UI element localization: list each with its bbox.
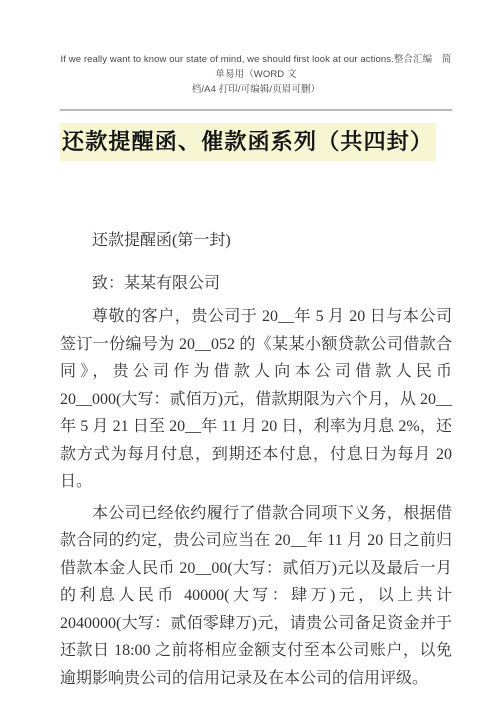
- letter-paragraph-2: 本公司已经依约履行了借款合同项下义务，根据借款合同的约定，贵公司应当在 20__…: [60, 500, 452, 693]
- letter-recipient: 致：某某有限公司: [92, 270, 452, 298]
- letter-heading: 还款提醒函(第一封): [92, 227, 452, 255]
- document-title: 还款提醒函、催款函系列（共四封）: [60, 120, 452, 161]
- document-page: If we really want to know our state of m…: [0, 0, 500, 708]
- header-line-2: 档/A4 打印/可编辑/页眉可删）: [60, 82, 452, 97]
- letter-paragraph-1: 尊敬的客户，贵公司于 20__年 5 月 20 日与本公司签订一份编号为 20_…: [60, 303, 452, 496]
- page-header: If we really want to know our state of m…: [60, 52, 452, 97]
- page-content: If we really want to know our state of m…: [0, 0, 500, 692]
- document-title-highlight: 还款提醒函、催款函系列（共四封）: [60, 123, 436, 161]
- header-line-1: If we really want to know our state of m…: [60, 52, 452, 82]
- header-divider: [60, 109, 452, 111]
